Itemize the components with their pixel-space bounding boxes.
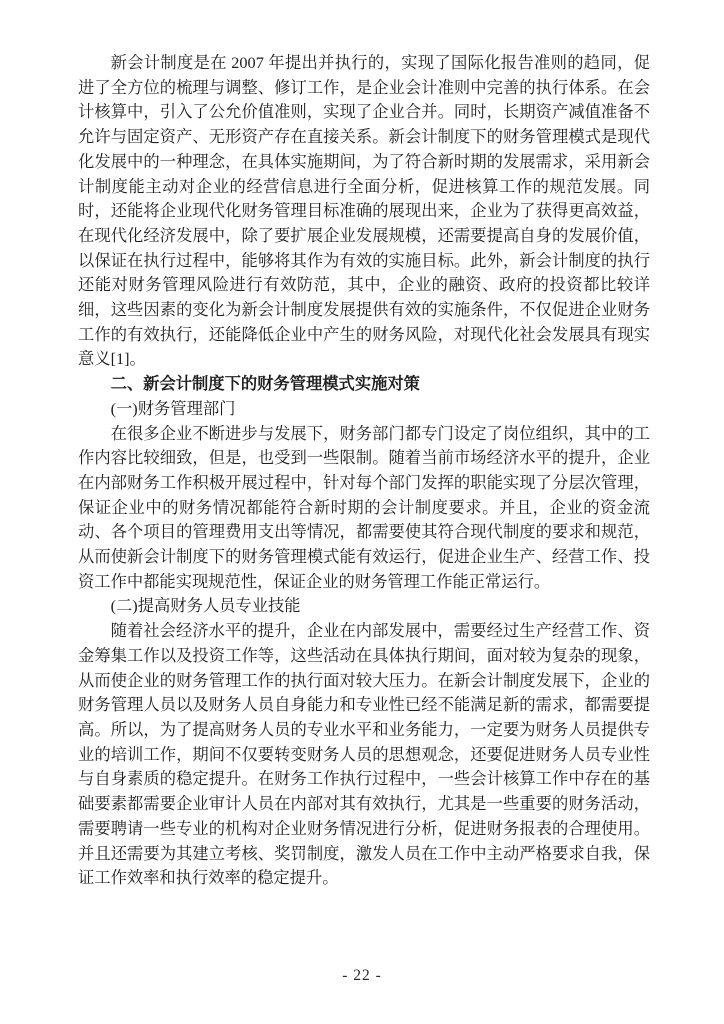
text-content: 新会计制度是在 2007 年提出并执行的，实现了国际化报告准则的趋同，促进了全方… [78, 51, 650, 891]
page-number: - 22 - [0, 966, 724, 986]
subsection-heading-professional-skills: (二)提高财务人员专业技能 [78, 594, 650, 619]
section-heading: 二、新会计制度下的财务管理模式实施对策 [78, 372, 650, 397]
paragraph-professional-skills: 随着社会经济水平的提升，企业在内部发展中，需要经过生产经营工作、资金筹集工作以及… [78, 619, 650, 891]
paragraph-finance-department: 在很多企业不断进步与发展下，财务部门都专门设定了岗位组织，其中的工作内容比较细致… [78, 422, 650, 595]
paragraph-intro: 新会计制度是在 2007 年提出并执行的，实现了国际化报告准则的趋同，促进了全方… [78, 51, 650, 372]
document-page: 新会计制度是在 2007 年提出并执行的，实现了国际化报告准则的趋同，促进了全方… [0, 0, 724, 1024]
subsection-heading-finance-department: (一)财务管理部门 [78, 397, 650, 422]
